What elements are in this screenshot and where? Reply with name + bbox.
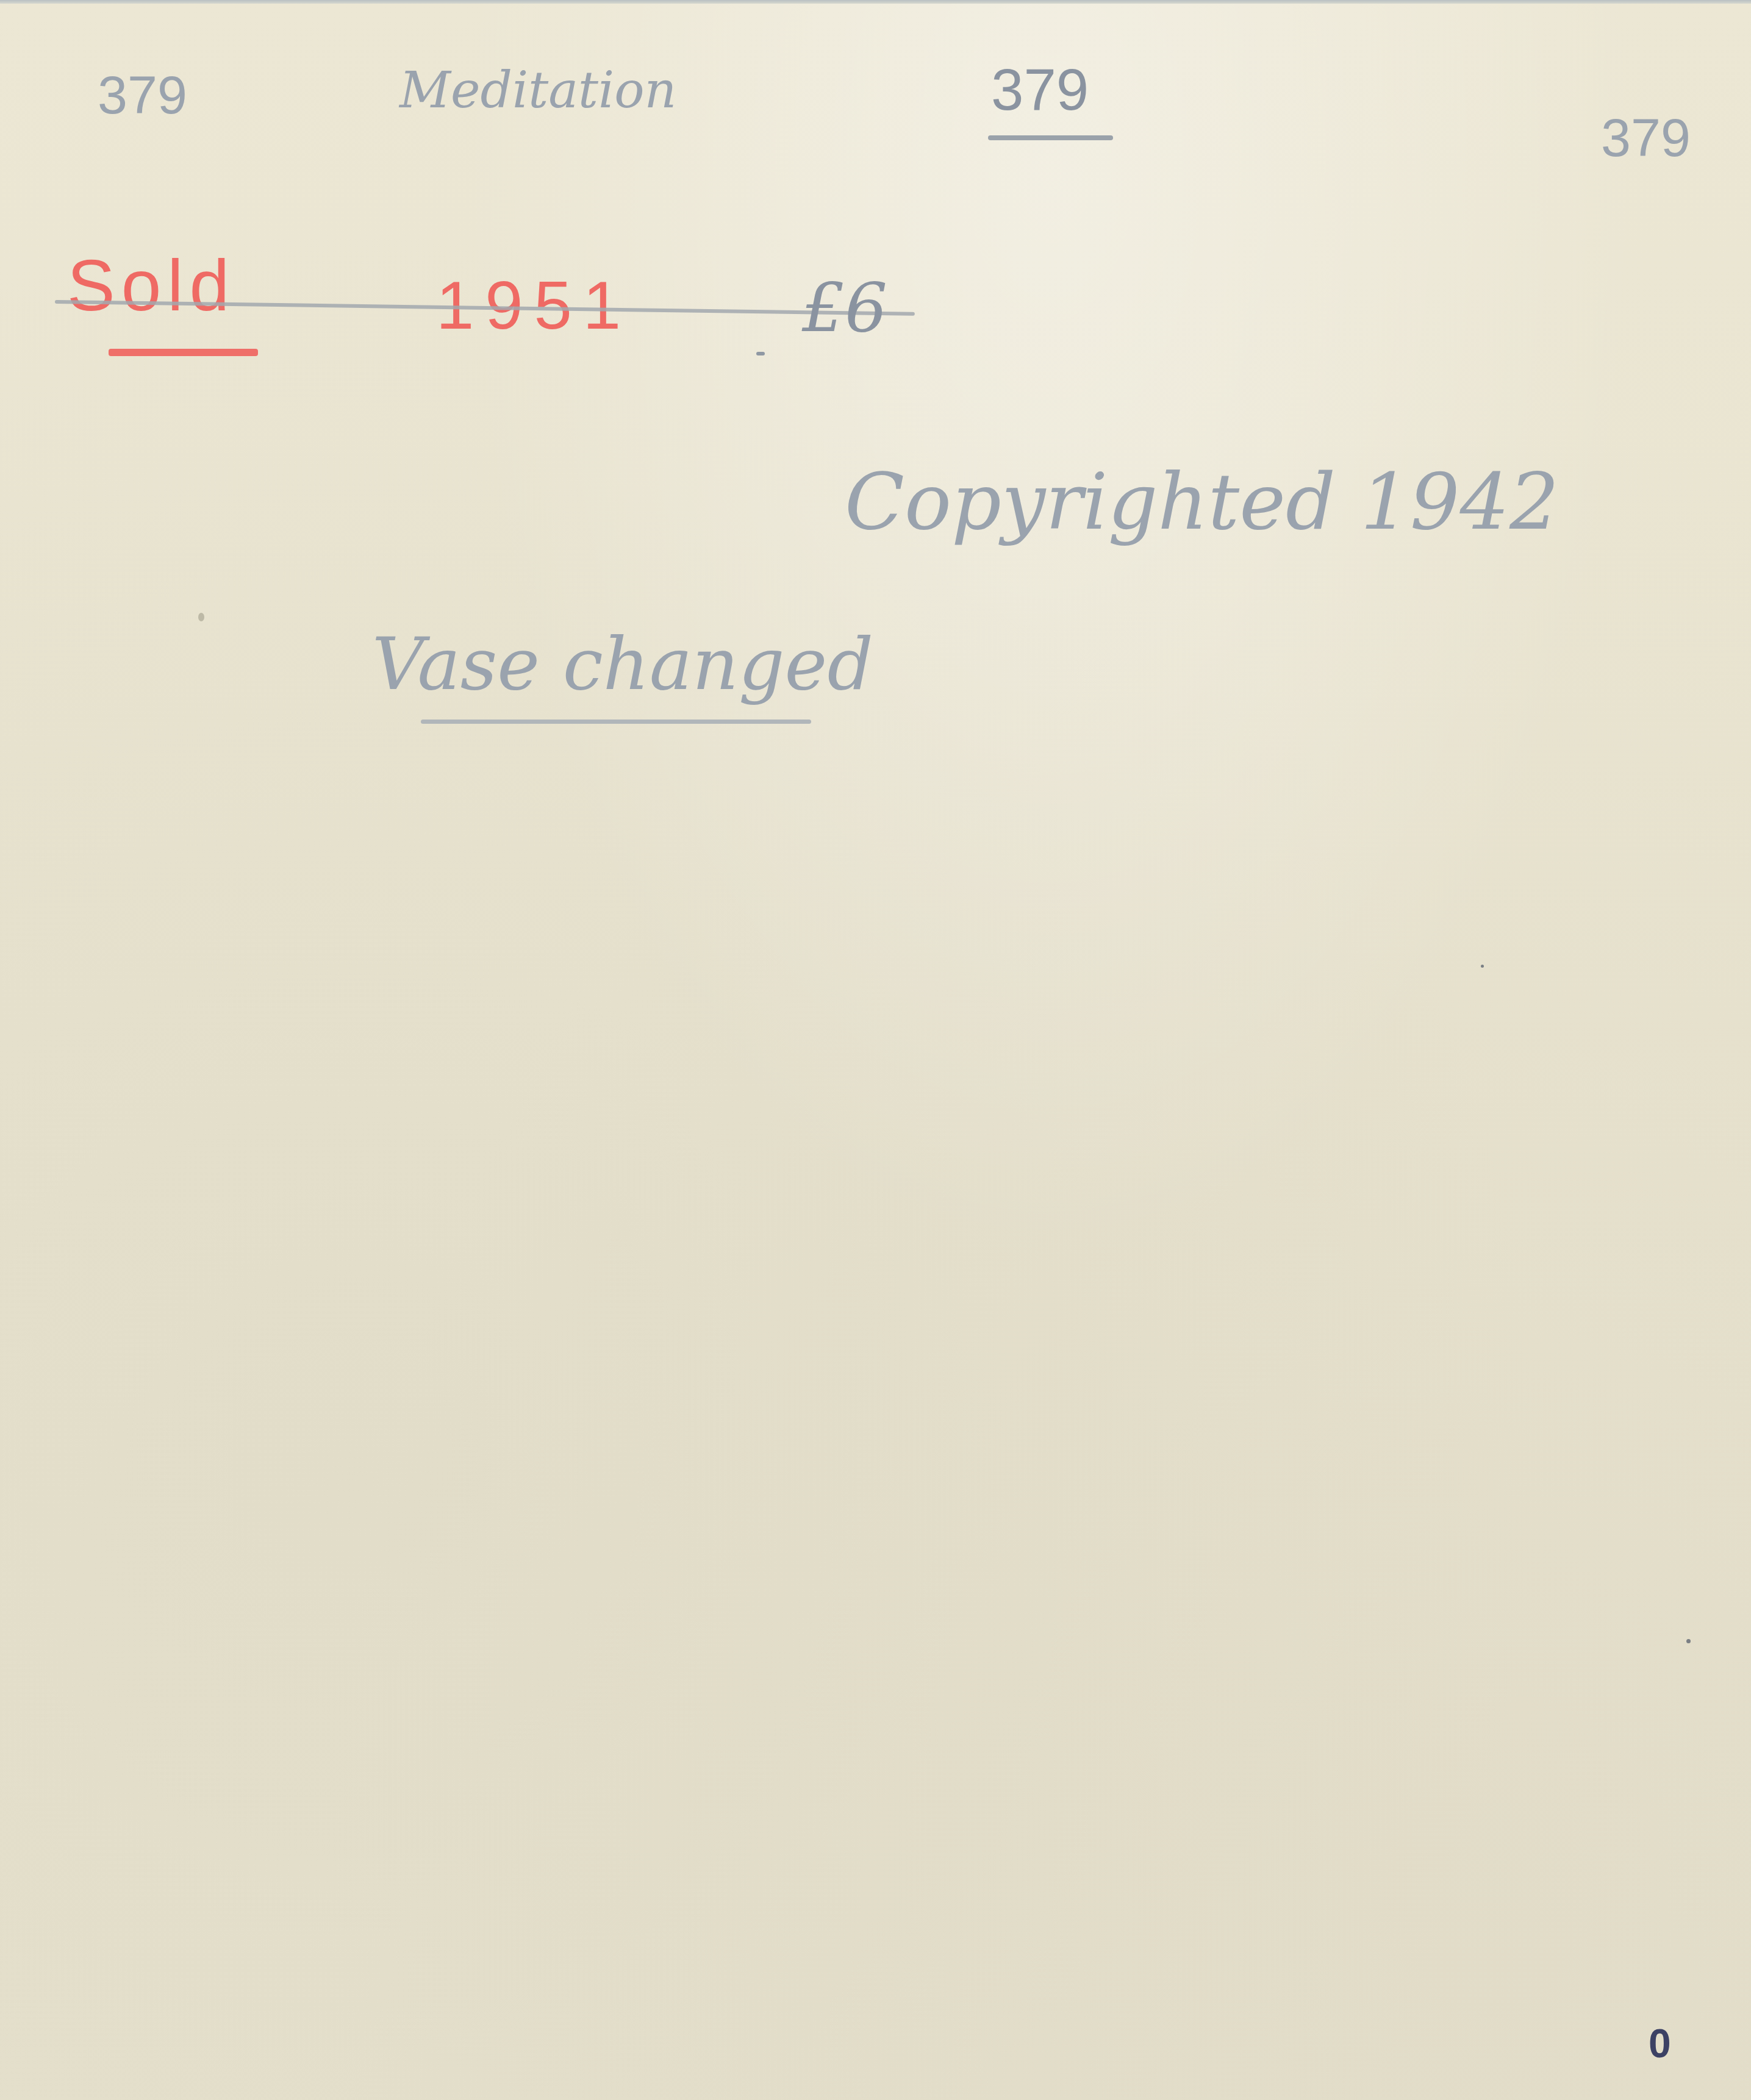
card-top-edge bbox=[0, 0, 1751, 4]
catalog-number-center-underline bbox=[988, 135, 1113, 140]
footer-mark: 0 bbox=[1649, 2023, 1671, 2063]
copyright-note: Copyrighted 1942 bbox=[845, 463, 1559, 541]
vase-changed-note: Vase changed bbox=[372, 628, 873, 700]
catalog-number-right: 379 bbox=[1601, 111, 1691, 165]
catalog-number-left: 379 bbox=[98, 68, 187, 122]
paper-speck bbox=[198, 613, 204, 621]
sale-price-mark: £6 bbox=[802, 274, 887, 341]
price-dash bbox=[756, 352, 765, 355]
paper-speck bbox=[1481, 965, 1484, 968]
artwork-title: Meditation bbox=[399, 66, 676, 116]
vase-changed-underline bbox=[421, 720, 811, 724]
sold-label: Sold bbox=[67, 250, 235, 322]
catalog-number-center: 379 bbox=[991, 61, 1089, 120]
sold-underline bbox=[109, 349, 258, 356]
paper-speck bbox=[1686, 1639, 1691, 1643]
